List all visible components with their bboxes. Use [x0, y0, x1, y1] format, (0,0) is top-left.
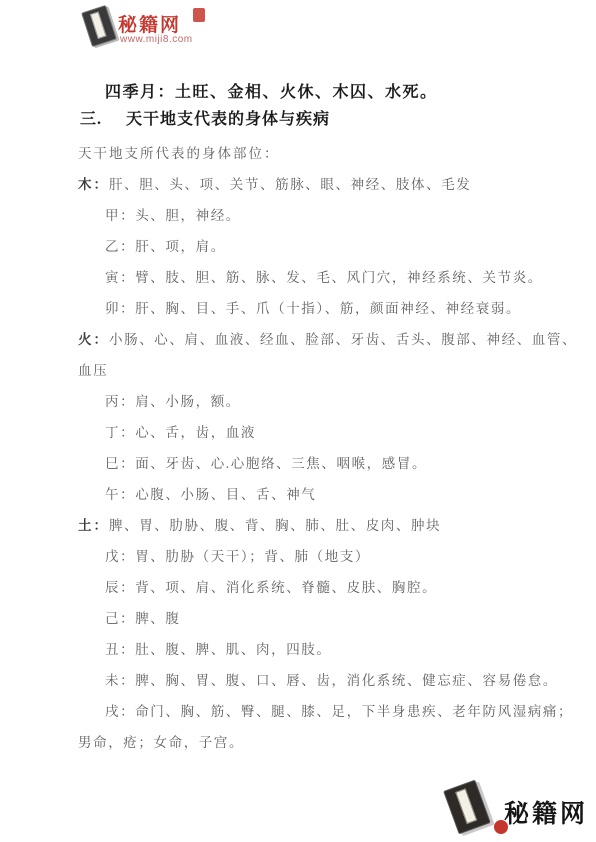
entry-text: 肩、小肠，额。 [135, 394, 241, 409]
book-icon [443, 780, 491, 835]
entry-list: 木：肝、胆、头、项、关节、筋脉、眼、神经、肢体、毛发 甲：头、胆，神经。 乙：肝… [78, 169, 558, 758]
red-seal-icon [193, 8, 205, 22]
entry-key: 己： [105, 611, 135, 626]
entry-text: 小肠、心、肩、血液、经血、脸部、牙齿、舌头、腹部、神经、血管、 [109, 332, 577, 347]
entry-line: 火：小肠、心、肩、血液、经血、脸部、牙齿、舌头、腹部、神经、血管、 [78, 324, 558, 355]
entry-text: 背、项、肩、消化系统、脊髓、皮肤、胸腔。 [135, 580, 437, 595]
entry-text: 脾、胃、肋胁、腹、背、胸、肺、肚、皮肉、肿块 [109, 518, 441, 533]
entry-text: 男命，疮；女命，子宫。 [78, 735, 244, 750]
entry-text: 命门、胸、筋、臀、腿、膝、足，下半身患疾、老年防风湿病痛； [135, 704, 573, 719]
entry-line: 卯：肝、胸、目、手、爪（十指）、筋，颜面神经、神经衰弱。 [78, 293, 558, 324]
entry-line: 甲：头、胆，神经。 [78, 200, 558, 231]
entry-text: 头、胆，神经。 [135, 208, 241, 223]
entry-text: 脾、腹 [135, 611, 180, 626]
entry-line: 己：脾、腹 [78, 603, 558, 634]
entry-key: 土： [78, 518, 109, 533]
entry-text: 面、牙齿、心.心胞络、三焦、咽喉，感冒。 [135, 456, 427, 471]
entry-key: 卯： [105, 301, 135, 316]
intro-line: 天干地支所代表的身体部位： [78, 138, 558, 169]
entry-key: 乙： [105, 239, 135, 254]
entry-key: 戌： [105, 704, 135, 719]
entry-text: 心、舌，齿，血液 [135, 425, 256, 440]
entry-text: 肝、胆、头、项、关节、筋脉、眼、神经、肢体、毛发 [109, 177, 471, 192]
entry-key: 未： [105, 673, 135, 688]
entry-text: 肚、腹、脾、肌、肉，四肢。 [135, 642, 331, 657]
entry-line: 戌：命门、胸、筋、臀、腿、膝、足，下半身患疾、老年防风湿病痛； [78, 696, 558, 727]
entry-line: 辰：背、项、肩、消化系统、脊髓、皮肤、胸腔。 [78, 572, 558, 603]
entry-key: 戊： [105, 549, 135, 564]
entry-line: 丁：心、舌，齿，血液 [78, 417, 558, 448]
entry-line: 寅：臂、肢、胆、筋、脉、发、毛、风门穴，神经系统、关节炎。 [78, 262, 558, 293]
entry-line: 乙：肝、项，肩。 [78, 231, 558, 262]
site-logo-top: 秘籍网 www.miji8.com [86, 6, 226, 52]
site-name-text: 秘籍网 [118, 10, 181, 37]
section-title: 天干地支代表的身体与疾病 [126, 111, 330, 128]
book-label-strip [90, 11, 107, 39]
entry-text: 胃、肋胁（天干）；背、肺（地支） [135, 549, 370, 564]
entry-text: 肝、项，肩。 [135, 239, 226, 254]
section-number: 三. [80, 111, 102, 128]
entry-text: 血压 [78, 363, 108, 378]
entry-key: 火： [78, 332, 109, 347]
entry-key: 辰： [105, 580, 135, 595]
entry-line: 丙：肩、小肠，额。 [78, 386, 558, 417]
entry-text: 肝、胸、目、手、爪（十指）、筋，颜面神经、神经衰弱。 [135, 301, 521, 316]
document-page: 秘籍网 www.miji8.com 四季月：土旺、金相、火休、木囚、水死。 三.… [0, 0, 596, 842]
entry-line: 土：脾、胃、肋胁、腹、背、胸、肺、肚、皮肉、肿块 [78, 510, 558, 541]
entry-line: 丑：肚、腹、脾、肌、肉，四肢。 [78, 634, 558, 665]
book-label-strip [455, 788, 477, 824]
entry-line: 巳：面、牙齿、心.心胞络、三焦、咽喉，感冒。 [78, 448, 558, 479]
entry-key: 寅： [105, 270, 135, 285]
entry-line: 血压 [78, 355, 558, 386]
entry-key: 巳： [105, 456, 135, 471]
entry-key: 木： [78, 177, 109, 192]
entry-text: 心腹、小肠、目、舌、神气 [135, 487, 316, 502]
entry-key: 丁： [105, 425, 135, 440]
entry-key: 丙： [105, 394, 135, 409]
entry-line: 午：心腹、小肠、目、舌、神气 [78, 479, 558, 510]
section-heading: 三.天干地支代表的身体与疾病 [80, 106, 330, 129]
site-name-text: 秘籍网 [504, 794, 588, 830]
entry-key: 甲： [105, 208, 135, 223]
entry-key: 丑： [105, 642, 135, 657]
entry-text: 臂、肢、胆、筋、脉、发、毛、风门穴，神经系统、关节炎。 [135, 270, 543, 285]
entry-line: 戊：胃、肋胁（天干）；背、肺（地支） [78, 541, 558, 572]
site-url-text: www.miji8.com [120, 34, 193, 45]
entry-line: 未：脾、胸、胃、腹、口、唇、齿，消化系统、健忘症、容易倦怠。 [78, 665, 558, 696]
entry-key: 午： [105, 487, 135, 502]
season-month-heading: 四季月：土旺、金相、火休、木囚、水死。 [105, 79, 438, 102]
book-icon [81, 5, 117, 47]
body-content: 天干地支所代表的身体部位： 木：肝、胆、头、项、关节、筋脉、眼、神经、肢体、毛发… [78, 138, 558, 758]
entry-line: 男命，疮；女命，子宫。 [78, 727, 558, 758]
entry-line: 木：肝、胆、头、项、关节、筋脉、眼、神经、肢体、毛发 [78, 169, 558, 200]
site-logo-bottom: 秘籍网 [442, 782, 592, 840]
entry-text: 脾、胸、胃、腹、口、唇、齿，消化系统、健忘症、容易倦怠。 [135, 673, 558, 688]
